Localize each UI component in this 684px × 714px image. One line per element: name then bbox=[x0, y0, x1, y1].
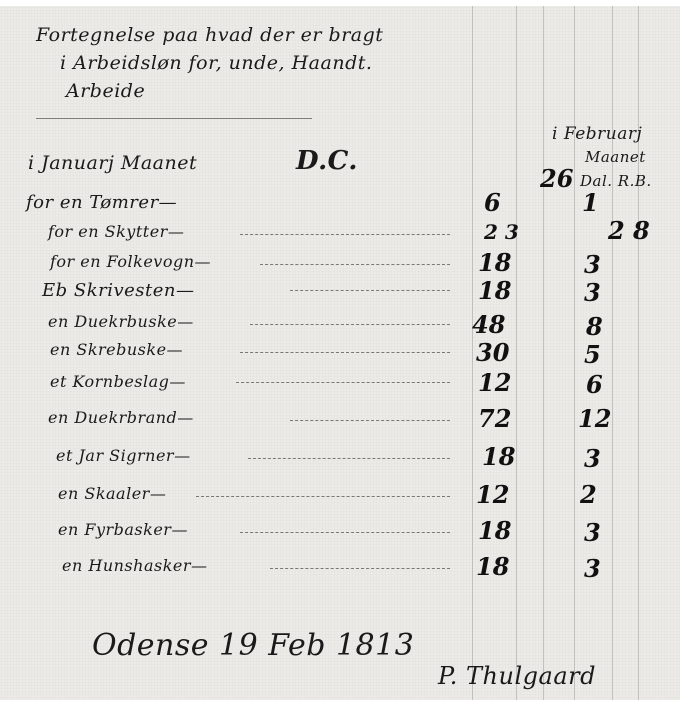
column-rule bbox=[612, 6, 613, 700]
item-label: en Skrebuske— bbox=[50, 340, 183, 359]
column-rule bbox=[638, 6, 639, 700]
item-label: for en Skytter— bbox=[48, 222, 184, 241]
title-line-3: Arbeide bbox=[66, 80, 145, 102]
february-top-number: 26 bbox=[540, 164, 573, 193]
leader-dashes bbox=[236, 382, 450, 383]
item-label: for en Folkevogn— bbox=[50, 252, 211, 271]
january-amount: 12 bbox=[476, 480, 509, 509]
leader-dashes bbox=[240, 532, 450, 533]
january-amount: 18 bbox=[478, 516, 511, 545]
january-amount: 6 bbox=[484, 188, 501, 217]
february-amount: 1 bbox=[582, 188, 599, 217]
february-amount: 2 bbox=[580, 480, 597, 509]
item-label: en Duekrbuske— bbox=[48, 312, 194, 331]
item-label: en Hunshasker— bbox=[62, 556, 208, 575]
column-rule bbox=[574, 6, 575, 700]
january-amount: 18 bbox=[482, 442, 515, 471]
february-amount: 3 bbox=[584, 554, 601, 583]
february-amount: 8 bbox=[586, 312, 603, 341]
leader-dashes bbox=[240, 352, 450, 353]
leader-dashes bbox=[196, 496, 450, 497]
january-amount: 72 bbox=[478, 404, 511, 433]
february-amount: 6 bbox=[586, 370, 603, 399]
february-amount: 5 bbox=[584, 340, 601, 369]
january-amount: 12 bbox=[478, 368, 511, 397]
title-line-2: i Arbeidsløn for, unde, Haandt. bbox=[60, 52, 372, 74]
column-rule bbox=[472, 6, 473, 700]
place-date: Odense 19 Feb 1813 bbox=[92, 628, 414, 663]
item-label: et Jar Sigrner— bbox=[56, 446, 191, 465]
item-label: et Kornbeslag— bbox=[50, 372, 186, 391]
february-header-line-1: i Februarj bbox=[552, 124, 642, 144]
title-underline bbox=[36, 118, 312, 119]
january-amount: 48 bbox=[472, 310, 505, 339]
signature: P. Thulgaard bbox=[438, 662, 596, 690]
january-amount: 30 bbox=[476, 338, 509, 367]
february-amount: 3 bbox=[584, 518, 601, 547]
column-rule bbox=[516, 6, 517, 700]
february-amount: 3 bbox=[584, 278, 601, 307]
leader-dashes bbox=[290, 420, 450, 421]
january-amount: 18 bbox=[478, 276, 511, 305]
february-amount: 12 bbox=[578, 404, 611, 433]
january-amount: 18 bbox=[478, 248, 511, 277]
january-amount: 18 bbox=[476, 552, 509, 581]
item-label: Eb Skrivesten— bbox=[42, 280, 195, 301]
february-amount: 3 bbox=[584, 444, 601, 473]
february-amount: 3 bbox=[584, 250, 601, 279]
item-label: en Fyrbasker— bbox=[58, 520, 188, 539]
leader-dashes bbox=[240, 234, 450, 235]
january-unit: D.C. bbox=[296, 146, 358, 176]
item-label: for en Tømrer— bbox=[26, 192, 177, 213]
leader-dashes bbox=[250, 324, 450, 325]
february-amount: 2 8 bbox=[608, 216, 650, 245]
leader-dashes bbox=[270, 568, 450, 569]
column-rule bbox=[543, 6, 544, 700]
february-header-line-2: Maanet bbox=[585, 148, 646, 166]
january-amount: 2 3 bbox=[484, 220, 519, 244]
item-label: en Skaaler— bbox=[58, 484, 166, 503]
ledger-page: Fortegnelse paa hvad der er bragt i Arbe… bbox=[0, 6, 680, 700]
january-header: i Januarj Maanet bbox=[28, 152, 197, 174]
title-line-1: Fortegnelse paa hvad der er bragt bbox=[36, 24, 383, 46]
leader-dashes bbox=[248, 458, 450, 459]
item-label: en Duekrbrand— bbox=[48, 408, 194, 427]
leader-dashes bbox=[260, 264, 450, 265]
leader-dashes bbox=[290, 290, 450, 291]
